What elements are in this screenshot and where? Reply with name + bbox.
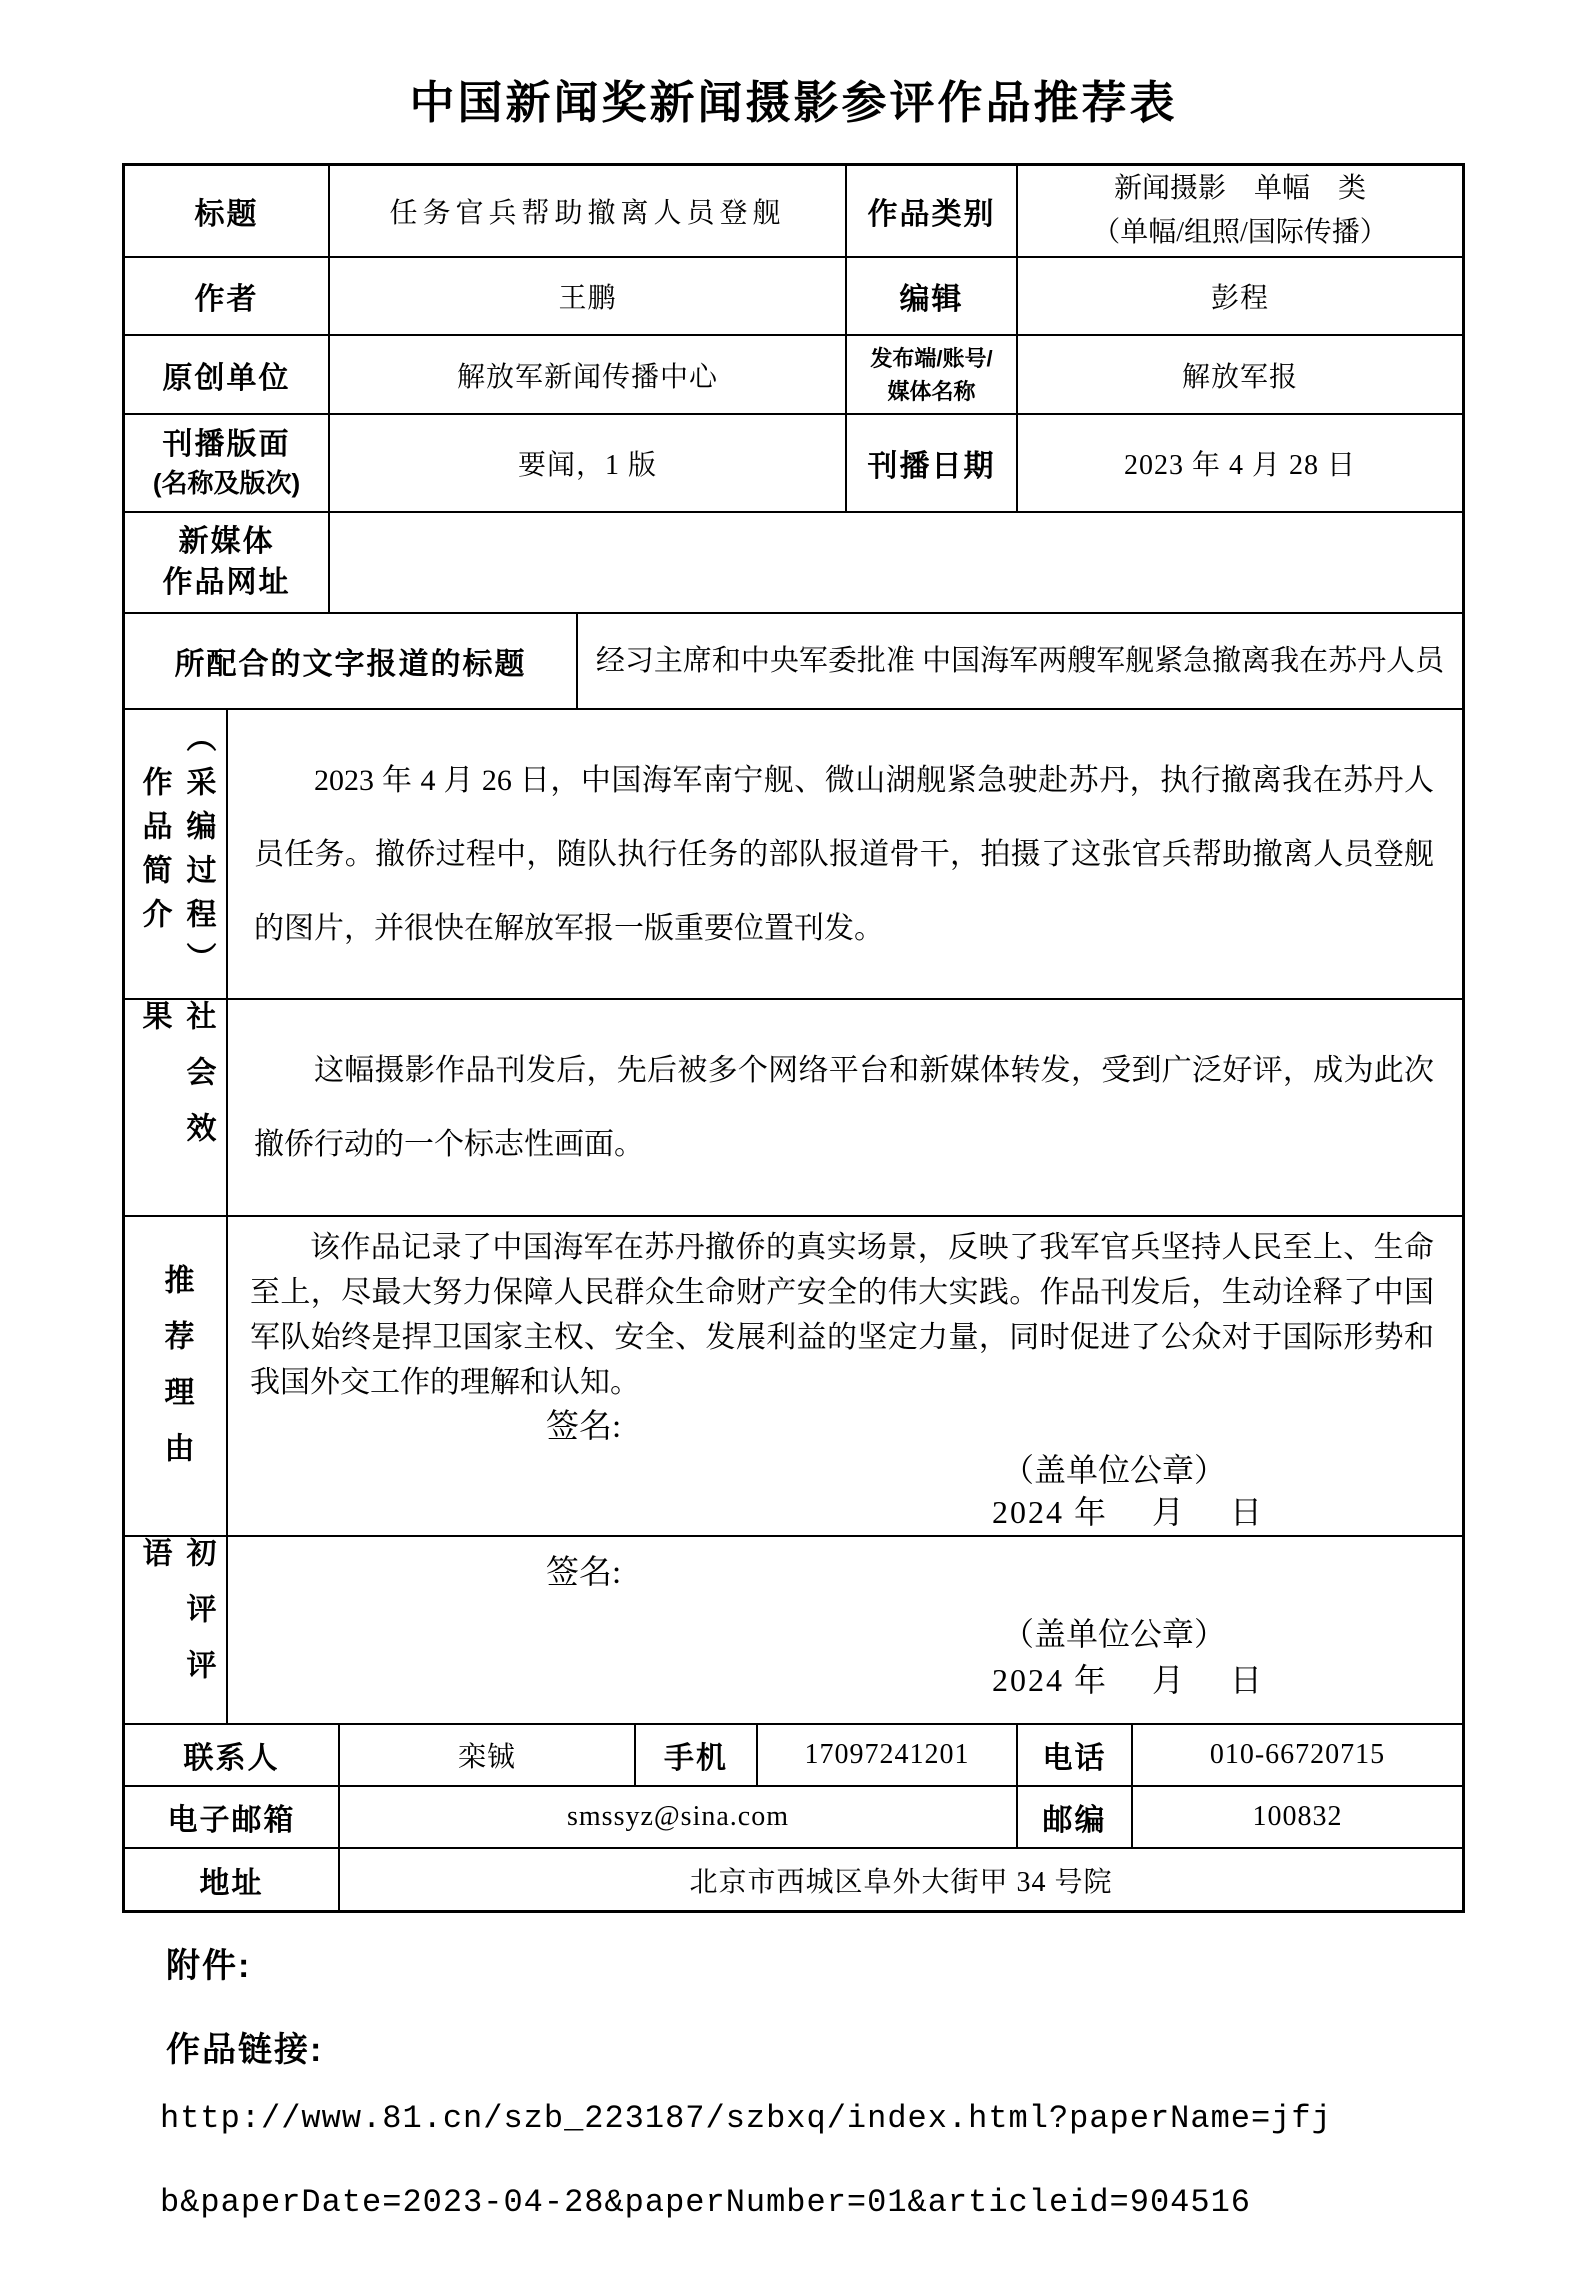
category-label: 作品类别 <box>847 166 1018 256</box>
row-address: 地址 北京市西城区阜外大街甲 34 号院 <box>125 1849 1462 1910</box>
newmedia-url-label-line2: 作品网址 <box>163 563 291 604</box>
newmedia-url-label: 新媒体 作品网址 <box>125 513 330 612</box>
row-related-report: 所配合的文字报道的标题 经习主席和中央军委批准 中国海军两艘军舰紧急撤离我在苏丹… <box>125 614 1462 710</box>
phone-label: 电话 <box>1018 1725 1133 1785</box>
related-report-value: 经习主席和中央军委批准 中国海军两艘军舰紧急撤离我在苏丹人员 <box>578 614 1462 708</box>
publish-channel-label: 发布端/账号/ 媒体名称 <box>847 336 1018 413</box>
publication-page-label-line1: 刊播版面 <box>163 425 291 466</box>
work-link-label: 作品链接: <box>166 2022 323 2071</box>
social-effect-cell: 这幅摄影作品刊发后，先后被多个网络平台和新媒体转发，受到广泛好评，成为此次撤侨行… <box>228 1000 1462 1215</box>
row-work-intro: 作品简介 （采编过程） 2023 年 4 月 26 日，中国海军南宁舰、微山湖舰… <box>125 710 1462 1000</box>
recommendation-reason-label: 推荐理由 <box>125 1217 228 1535</box>
title-label: 标题 <box>125 166 330 256</box>
row-publication-page: 刊播版面 (名称及版次) 要闻，1 版 刊播日期 2023 年 4 月 28 日 <box>125 415 1462 513</box>
attachment-label: 附件: <box>166 1938 251 1987</box>
initial-review-label-text: 初评评语 <box>132 1537 220 1723</box>
signature-label: 签名: <box>546 1551 1438 1595</box>
publication-date-label: 刊播日期 <box>847 415 1018 511</box>
category-value-line2: （单幅/组照/国际传播） <box>1092 211 1388 255</box>
unit-stamp-label: （盖单位公章） <box>1002 1613 1438 1655</box>
mobile-number: 17097241201 <box>758 1725 1018 1785</box>
editor-value: 彭程 <box>1018 258 1462 334</box>
initial-review-label: 初评评语 <box>125 1537 228 1723</box>
work-intro-cell: 2023 年 4 月 26 日，中国海军南宁舰、微山湖舰紧急驶赴苏丹，执行撤离我… <box>228 710 1462 998</box>
publication-page-label: 刊播版面 (名称及版次) <box>125 415 330 511</box>
related-report-label: 所配合的文字报道的标题 <box>125 614 578 708</box>
row-organization: 原创单位 解放军新闻传播中心 发布端/账号/ 媒体名称 解放军报 <box>125 336 1462 415</box>
category-value-line1: 新闻摄影 单幅 类 <box>1114 167 1366 211</box>
work-intro-label-inner: 作品简介 <box>132 766 176 942</box>
social-effect-label: 社会效果 <box>125 1000 228 1215</box>
social-effect-label-text: 社会效果 <box>132 1000 220 1215</box>
contact-name: 栾铖 <box>340 1725 636 1785</box>
phone-number: 010-66720715 <box>1133 1725 1462 1785</box>
publish-channel-value: 解放军报 <box>1018 336 1462 413</box>
title-value: 任务官兵帮助撤离人员登舰 <box>330 166 847 256</box>
publication-date-value: 2023 年 4 月 28 日 <box>1018 415 1462 511</box>
contact-label: 联系人 <box>125 1725 340 1785</box>
row-contact: 联系人 栾铖 手机 17097241201 电话 010-66720715 <box>125 1725 1462 1787</box>
recommendation-reason-text: 该作品记录了中国海军在苏丹撤侨的真实场景，反映了我军官兵坚持人民至上、生命至上，… <box>250 1225 1438 1405</box>
zipcode-label: 邮编 <box>1018 1787 1133 1847</box>
unit-stamp-label: （盖单位公章） <box>1002 1449 1438 1491</box>
work-intro-label: 作品简介 （采编过程） <box>125 710 228 998</box>
organization-label: 原创单位 <box>125 336 330 413</box>
work-link-url-line1[interactable]: http://www.81.cn/szb_223187/szbxq/index.… <box>160 2100 1332 2137</box>
signature-date: 2024 年 月 日 <box>992 1659 1438 1701</box>
work-intro-label-outer: （采编过程） <box>176 722 220 986</box>
row-title: 标题 任务官兵帮助撤离人员登舰 作品类别 新闻摄影 单幅 类 （单幅/组照/国际… <box>125 166 1462 258</box>
publication-page-label-line2: (名称及版次) <box>153 466 300 501</box>
recommendation-form-table: 标题 任务官兵帮助撤离人员登舰 作品类别 新闻摄影 单幅 类 （单幅/组照/国际… <box>122 163 1465 1913</box>
publication-page-value: 要闻，1 版 <box>330 415 847 511</box>
zipcode-value: 100832 <box>1133 1787 1462 1847</box>
organization-value: 解放军新闻传播中心 <box>330 336 847 413</box>
email-value: smssyz@sina.com <box>340 1787 1018 1847</box>
address-value: 北京市西城区阜外大街甲 34 号院 <box>340 1849 1462 1910</box>
social-effect-text: 这幅摄影作品刊发后，先后被多个网络平台和新媒体转发，受到广泛好评，成为此次撤侨行… <box>228 1034 1462 1182</box>
author-value: 王鹏 <box>330 258 847 334</box>
email-label: 电子邮箱 <box>125 1787 340 1847</box>
row-social-effect: 社会效果 这幅摄影作品刊发后，先后被多个网络平台和新媒体转发，受到广泛好评，成为… <box>125 1000 1462 1217</box>
editor-label: 编辑 <box>847 258 1018 334</box>
signature-date: 2024 年 月 日 <box>992 1491 1438 1533</box>
row-author: 作者 王鹏 编辑 彭程 <box>125 258 1462 336</box>
recommendation-reason-label-text: 推荐理由 <box>154 1264 198 1488</box>
row-recommendation-reason: 推荐理由 该作品记录了中国海军在苏丹撤侨的真实场景，反映了我军官兵坚持人民至上、… <box>125 1217 1462 1537</box>
publish-channel-label-line2: 媒体名称 <box>887 375 975 408</box>
row-initial-review: 初评评语 签名: （盖单位公章） 2024 年 月 日 <box>125 1537 1462 1725</box>
work-link-url-line2[interactable]: b&paperDate=2023-04-28&paperNumber=01&ar… <box>160 2184 1251 2221</box>
newmedia-url-label-line1: 新媒体 <box>179 522 275 563</box>
publish-channel-label-line1: 发布端/账号/ <box>870 342 992 375</box>
address-label: 地址 <box>125 1849 340 1910</box>
author-label: 作者 <box>125 258 330 334</box>
recommendation-reason-cell: 该作品记录了中国海军在苏丹撤侨的真实场景，反映了我军官兵坚持人民至上、生命至上，… <box>228 1217 1462 1535</box>
page-title: 中国新闻奖新闻摄影参评作品推荐表 <box>0 66 1587 131</box>
signature-label: 签名: <box>546 1405 1438 1449</box>
category-value: 新闻摄影 单幅 类 （单幅/组照/国际传播） <box>1018 166 1462 256</box>
mobile-label: 手机 <box>636 1725 758 1785</box>
newmedia-url-value <box>330 513 1462 612</box>
row-email: 电子邮箱 smssyz@sina.com 邮编 100832 <box>125 1787 1462 1849</box>
row-newmedia-url: 新媒体 作品网址 <box>125 513 1462 614</box>
initial-review-cell: 签名: （盖单位公章） 2024 年 月 日 <box>228 1537 1462 1723</box>
work-intro-text: 2023 年 4 月 26 日，中国海军南宁舰、微山湖舰紧急驶赴苏丹，执行撤离我… <box>228 744 1462 966</box>
document-page: 中国新闻奖新闻摄影参评作品推荐表 标题 任务官兵帮助撤离人员登舰 作品类别 新闻… <box>0 0 1587 2290</box>
